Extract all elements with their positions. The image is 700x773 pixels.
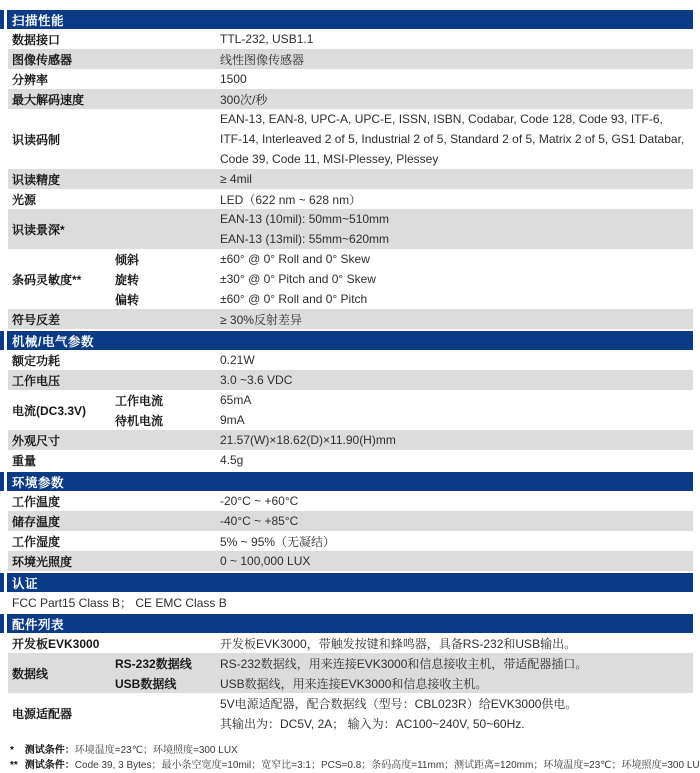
row-label: 图像传感器 bbox=[8, 51, 220, 68]
row-label: 光源 bbox=[8, 191, 220, 208]
footnote-text: Code 39, 3 Bytes；最小条空宽度=10mil；宽窄比=3:1；PC… bbox=[75, 760, 700, 771]
row-label: 识读精度 bbox=[8, 171, 220, 188]
row-label: 额定功耗 bbox=[8, 352, 220, 369]
row-line: 5% ~ 95%（无凝结） bbox=[220, 531, 693, 551]
row-value: LED（622 nm ~ 628 nm） bbox=[220, 191, 693, 208]
row-lines: 0 ~ 100,000 LUX bbox=[220, 551, 693, 571]
section-header: 扫描性能 bbox=[0, 10, 700, 29]
section-rows: 开发板EVK3000开发板EVK3000，带触发按键和蜂鸣器，具备RS-232和… bbox=[8, 633, 693, 733]
row-lines: 倾斜±60° @ 0° Roll and 0° Skew旋转±30° @ 0° … bbox=[115, 249, 693, 309]
row-value: -40°C ~ +85°C bbox=[220, 514, 693, 528]
footnote-marker: * bbox=[10, 743, 22, 758]
table-row: 工作温度-20°C ~ +60°C bbox=[8, 491, 693, 511]
row-lines: -20°C ~ +60°C bbox=[220, 491, 693, 511]
table-row: 额定功耗0.21W bbox=[8, 350, 693, 370]
section-title: 机械/电气参数 bbox=[12, 332, 94, 350]
section: 认证FCC Part15 Class B； CE EMC Class B bbox=[0, 573, 700, 612]
row-line: 开发板EVK3000，带触发按键和蜂鸣器，具备RS-232和USB输出。 bbox=[220, 633, 693, 653]
table-row: 识读码制EAN-13, EAN-8, UPC-A, UPC-E, ISSN, I… bbox=[8, 109, 693, 169]
row-value: ≥ 4mil bbox=[220, 172, 693, 186]
section-header: 认证 bbox=[0, 573, 700, 592]
row-label: 工作电压 bbox=[8, 372, 220, 389]
row-lines: 21.57(W)×18.62(D)×11.90(H)mm bbox=[220, 430, 693, 450]
row-label: 开发板EVK3000 bbox=[8, 635, 220, 652]
row-value: EAN-13 (13mil): 55mm~620mm bbox=[220, 232, 693, 246]
section-rows: 工作温度-20°C ~ +60°C储存温度-40°C ~ +85°C工作湿度5%… bbox=[8, 491, 693, 571]
table-row: 条码灵敏度**倾斜±60° @ 0° Roll and 0° Skew旋转±30… bbox=[8, 249, 693, 309]
row-line: LED（622 nm ~ 628 nm） bbox=[220, 189, 693, 209]
row-value: TTL-232, USB1.1 bbox=[220, 32, 693, 46]
row-value: 5V电源适配器，配合数据线（型号：CBL023R）给EVK3000供电。 bbox=[220, 695, 693, 712]
row-value: 65mA bbox=[220, 393, 693, 407]
table-row: 图像传感器线性图像传感器 bbox=[8, 49, 693, 69]
row-lines: 工作电流65mA待机电流9mA bbox=[115, 390, 693, 430]
section-title: 认证 bbox=[12, 574, 38, 592]
table-row: 数据线RS-232数据线RS-232数据线，用来连接EVK3000和信息接收主机… bbox=[8, 653, 693, 693]
row-sublabel: 待机电流 bbox=[115, 412, 220, 429]
row-label: 环境光照度 bbox=[8, 553, 220, 570]
row-label: 工作温度 bbox=[8, 493, 220, 510]
row-value: 5% ~ 95%（无凝结） bbox=[220, 533, 693, 550]
row-line: 3.0 ~3.6 VDC bbox=[220, 370, 693, 390]
row-line: ≥ 4mil bbox=[220, 169, 693, 189]
table-row: 识读景深*EAN-13 (10mil): 50mm~510mmEAN-13 (1… bbox=[8, 209, 693, 249]
row-line: FCC Part15 Class B； CE EMC Class B bbox=[8, 592, 693, 612]
section-title: 扫描性能 bbox=[12, 11, 64, 29]
row-value: FCC Part15 Class B； CE EMC Class B bbox=[8, 594, 693, 611]
section-rows: 额定功耗0.21W工作电压3.0 ~3.6 VDC电流(DC3.3V)工作电流6… bbox=[8, 350, 693, 470]
header-bar: 机械/电气参数 bbox=[7, 331, 693, 350]
row-label: 储存温度 bbox=[8, 513, 220, 530]
row-line: EAN-13, EAN-8, UPC-A, UPC-E, ISSN, ISBN,… bbox=[220, 109, 693, 129]
table-row: 识读精度≥ 4mil bbox=[8, 169, 693, 189]
row-label: 条码灵敏度** bbox=[8, 271, 115, 288]
row-value: 4.5g bbox=[220, 453, 693, 467]
row-label: 数据线 bbox=[8, 665, 115, 682]
row-lines: -40°C ~ +85°C bbox=[220, 511, 693, 531]
row-label: 符号反差 bbox=[8, 311, 220, 328]
section-rows: FCC Part15 Class B； CE EMC Class B bbox=[8, 592, 693, 612]
row-lines: 1500 bbox=[220, 69, 693, 89]
row-lines: 300次/秒 bbox=[220, 89, 693, 109]
row-line: 旋转±30° @ 0° Pitch and 0° Skew bbox=[115, 269, 693, 289]
row-value: 0 ~ 100,000 LUX bbox=[220, 554, 693, 568]
row-lines: 0.21W bbox=[220, 350, 693, 370]
row-line: -40°C ~ +85°C bbox=[220, 511, 693, 531]
row-value: ±30° @ 0° Pitch and 0° Skew bbox=[220, 272, 693, 286]
row-lines: TTL-232, USB1.1 bbox=[220, 29, 693, 49]
row-label: 识读码制 bbox=[8, 131, 220, 148]
footnote-marker: ** bbox=[10, 758, 22, 773]
row-line: 倾斜±60° @ 0° Roll and 0° Skew bbox=[115, 249, 693, 269]
row-line: 偏转±60° @ 0° Roll and 0° Pitch bbox=[115, 289, 693, 309]
row-line: 5V电源适配器，配合数据线（型号：CBL023R）给EVK3000供电。 bbox=[220, 693, 693, 713]
row-lines: 4.5g bbox=[220, 450, 693, 470]
row-line: EAN-13 (10mil): 50mm~510mm bbox=[220, 209, 693, 229]
row-lines: 3.0 ~3.6 VDC bbox=[220, 370, 693, 390]
table-row: 外观尺寸21.57(W)×18.62(D)×11.90(H)mm bbox=[8, 430, 693, 450]
footnote: ** 测试条件：Code 39, 3 Bytes；最小条空宽度=10mil；宽窄… bbox=[10, 758, 700, 773]
row-line: 21.57(W)×18.62(D)×11.90(H)mm bbox=[220, 430, 693, 450]
table-row: 工作湿度5% ~ 95%（无凝结） bbox=[8, 531, 693, 551]
row-value: 9mA bbox=[220, 413, 693, 427]
table-row: 电源适配器5V电源适配器，配合数据线（型号：CBL023R）给EVK3000供电… bbox=[8, 693, 693, 733]
row-lines: EAN-13 (10mil): 50mm~510mmEAN-13 (13mil)… bbox=[220, 209, 693, 249]
row-line: ≥ 30%反射差异 bbox=[220, 309, 693, 329]
table-row: 工作电压3.0 ~3.6 VDC bbox=[8, 370, 693, 390]
row-value: RS-232数据线，用来连接EVK3000和信息接收主机，带适配器插口。 bbox=[220, 655, 693, 672]
row-sublabel: 旋转 bbox=[115, 271, 220, 288]
spec-sheet: 扫描性能数据接口TTL-232, USB1.1图像传感器线性图像传感器分辨率15… bbox=[0, 0, 700, 773]
row-value: 0.21W bbox=[220, 353, 693, 367]
section: 环境参数工作温度-20°C ~ +60°C储存温度-40°C ~ +85°C工作… bbox=[0, 472, 700, 571]
section-header: 配件列表 bbox=[0, 614, 700, 633]
row-line: 其输出为：DC5V, 2A； 输入为：AC100~240V, 50~60Hz. bbox=[220, 713, 693, 733]
table-row: 数据接口TTL-232, USB1.1 bbox=[8, 29, 693, 49]
sections-root: 扫描性能数据接口TTL-232, USB1.1图像传感器线性图像传感器分辨率15… bbox=[0, 10, 700, 733]
row-lines: RS-232数据线RS-232数据线，用来连接EVK3000和信息接收主机，带适… bbox=[115, 653, 693, 693]
header-bar: 环境参数 bbox=[7, 472, 693, 491]
row-value: ≥ 30%反射差异 bbox=[220, 311, 693, 328]
row-lines: 5% ~ 95%（无凝结） bbox=[220, 531, 693, 551]
row-label: 识读景深* bbox=[8, 221, 220, 238]
row-value: 21.57(W)×18.62(D)×11.90(H)mm bbox=[220, 433, 693, 447]
footnote-condition-label: 测试条件： bbox=[25, 745, 75, 756]
table-row: 储存温度-40°C ~ +85°C bbox=[8, 511, 693, 531]
row-lines: ≥ 4mil bbox=[220, 169, 693, 189]
footnote: * 测试条件：环境温度=23℃；环境照度=300 LUX bbox=[10, 743, 700, 758]
table-row: 光源LED（622 nm ~ 628 nm） bbox=[8, 189, 693, 209]
row-value: ±60° @ 0° Roll and 0° Pitch bbox=[220, 292, 693, 306]
row-value: EAN-13 (10mil): 50mm~510mm bbox=[220, 212, 693, 226]
row-value: USB数据线，用来连接EVK3000和信息接收主机。 bbox=[220, 675, 693, 692]
row-label: 重量 bbox=[8, 452, 220, 469]
row-value: ±60° @ 0° Roll and 0° Skew bbox=[220, 252, 693, 266]
row-line: 4.5g bbox=[220, 450, 693, 470]
row-label: 最大解码速度 bbox=[8, 91, 220, 108]
footnote-text: 环境温度=23℃；环境照度=300 LUX bbox=[75, 745, 238, 756]
table-row: 开发板EVK3000开发板EVK3000，带触发按键和蜂鸣器，具备RS-232和… bbox=[8, 633, 693, 653]
row-lines: 5V电源适配器，配合数据线（型号：CBL023R）给EVK3000供电。其输出为… bbox=[220, 693, 693, 733]
row-line: -20°C ~ +60°C bbox=[220, 491, 693, 511]
section-header: 环境参数 bbox=[0, 472, 700, 491]
row-line: ITF-14, Interleaved 2 of 5, Industrial 2… bbox=[220, 129, 693, 149]
section-rows: 数据接口TTL-232, USB1.1图像传感器线性图像传感器分辨率1500最大… bbox=[8, 29, 693, 329]
header-bar: 认证 bbox=[7, 573, 693, 592]
row-line: 线性图像传感器 bbox=[220, 49, 693, 69]
row-label: 电流(DC3.3V) bbox=[8, 402, 115, 419]
table-row: 符号反差≥ 30%反射差异 bbox=[8, 309, 693, 329]
table-row: FCC Part15 Class B； CE EMC Class B bbox=[8, 592, 693, 612]
row-value: 线性图像传感器 bbox=[220, 51, 693, 68]
section-title: 环境参数 bbox=[12, 473, 64, 491]
table-row: 重量4.5g bbox=[8, 450, 693, 470]
row-label: 外观尺寸 bbox=[8, 432, 220, 449]
row-lines: ≥ 30%反射差异 bbox=[220, 309, 693, 329]
row-line: 工作电流65mA bbox=[115, 390, 693, 410]
row-line: RS-232数据线RS-232数据线，用来连接EVK3000和信息接收主机，带适… bbox=[115, 653, 693, 673]
row-lines: EAN-13, EAN-8, UPC-A, UPC-E, ISSN, ISBN,… bbox=[220, 109, 693, 169]
row-value: 300次/秒 bbox=[220, 91, 693, 108]
row-line: EAN-13 (13mil): 55mm~620mm bbox=[220, 229, 693, 249]
row-line: 0 ~ 100,000 LUX bbox=[220, 551, 693, 571]
section-title: 配件列表 bbox=[12, 615, 64, 633]
row-sublabel: USB数据线 bbox=[115, 675, 220, 692]
section-header: 机械/电气参数 bbox=[0, 331, 700, 350]
row-value: 3.0 ~3.6 VDC bbox=[220, 373, 693, 387]
table-row: 电流(DC3.3V)工作电流65mA待机电流9mA bbox=[8, 390, 693, 430]
row-value: 1500 bbox=[220, 72, 693, 86]
table-row: 最大解码速度300次/秒 bbox=[8, 89, 693, 109]
row-sublabel: 偏转 bbox=[115, 291, 220, 308]
row-line: TTL-232, USB1.1 bbox=[220, 29, 693, 49]
section: 机械/电气参数额定功耗0.21W工作电压3.0 ~3.6 VDC电流(DC3.3… bbox=[0, 331, 700, 470]
footnotes: * 测试条件：环境温度=23℃；环境照度=300 LUX** 测试条件：Code… bbox=[10, 743, 700, 773]
table-row: 分辨率1500 bbox=[8, 69, 693, 89]
header-bar: 扫描性能 bbox=[7, 10, 693, 29]
row-value: 开发板EVK3000，带触发按键和蜂鸣器，具备RS-232和USB输出。 bbox=[220, 635, 693, 652]
footnote-condition-label: 测试条件： bbox=[25, 760, 75, 771]
row-label: 数据接口 bbox=[8, 31, 220, 48]
row-line: Code 39, Code 11, MSI-Plessey, Plessey bbox=[220, 149, 693, 169]
row-line: 待机电流9mA bbox=[115, 410, 693, 430]
row-value: -20°C ~ +60°C bbox=[220, 494, 693, 508]
row-line: 0.21W bbox=[220, 350, 693, 370]
row-line: 1500 bbox=[220, 69, 693, 89]
header-bar: 配件列表 bbox=[7, 614, 693, 633]
row-label: 分辨率 bbox=[8, 71, 220, 88]
row-line: USB数据线USB数据线，用来连接EVK3000和信息接收主机。 bbox=[115, 673, 693, 693]
row-label: 工作湿度 bbox=[8, 533, 220, 550]
row-sublabel: 倾斜 bbox=[115, 251, 220, 268]
row-sublabel: RS-232数据线 bbox=[115, 655, 220, 672]
row-value: 其输出为：DC5V, 2A； 输入为：AC100~240V, 50~60Hz. bbox=[220, 715, 693, 732]
table-row: 环境光照度0 ~ 100,000 LUX bbox=[8, 551, 693, 571]
row-lines: FCC Part15 Class B； CE EMC Class B bbox=[8, 592, 693, 612]
row-lines: LED（622 nm ~ 628 nm） bbox=[220, 189, 693, 209]
row-value: Code 39, Code 11, MSI-Plessey, Plessey bbox=[220, 152, 693, 166]
row-line: 300次/秒 bbox=[220, 89, 693, 109]
row-lines: 线性图像传感器 bbox=[220, 49, 693, 69]
section: 配件列表开发板EVK3000开发板EVK3000，带触发按键和蜂鸣器，具备RS-… bbox=[0, 614, 700, 733]
section: 扫描性能数据接口TTL-232, USB1.1图像传感器线性图像传感器分辨率15… bbox=[0, 10, 700, 329]
row-value: ITF-14, Interleaved 2 of 5, Industrial 2… bbox=[220, 132, 693, 146]
row-lines: 开发板EVK3000，带触发按键和蜂鸣器，具备RS-232和USB输出。 bbox=[220, 633, 693, 653]
row-label: 电源适配器 bbox=[8, 705, 220, 722]
row-sublabel: 工作电流 bbox=[115, 392, 220, 409]
row-value: EAN-13, EAN-8, UPC-A, UPC-E, ISSN, ISBN,… bbox=[220, 112, 693, 126]
